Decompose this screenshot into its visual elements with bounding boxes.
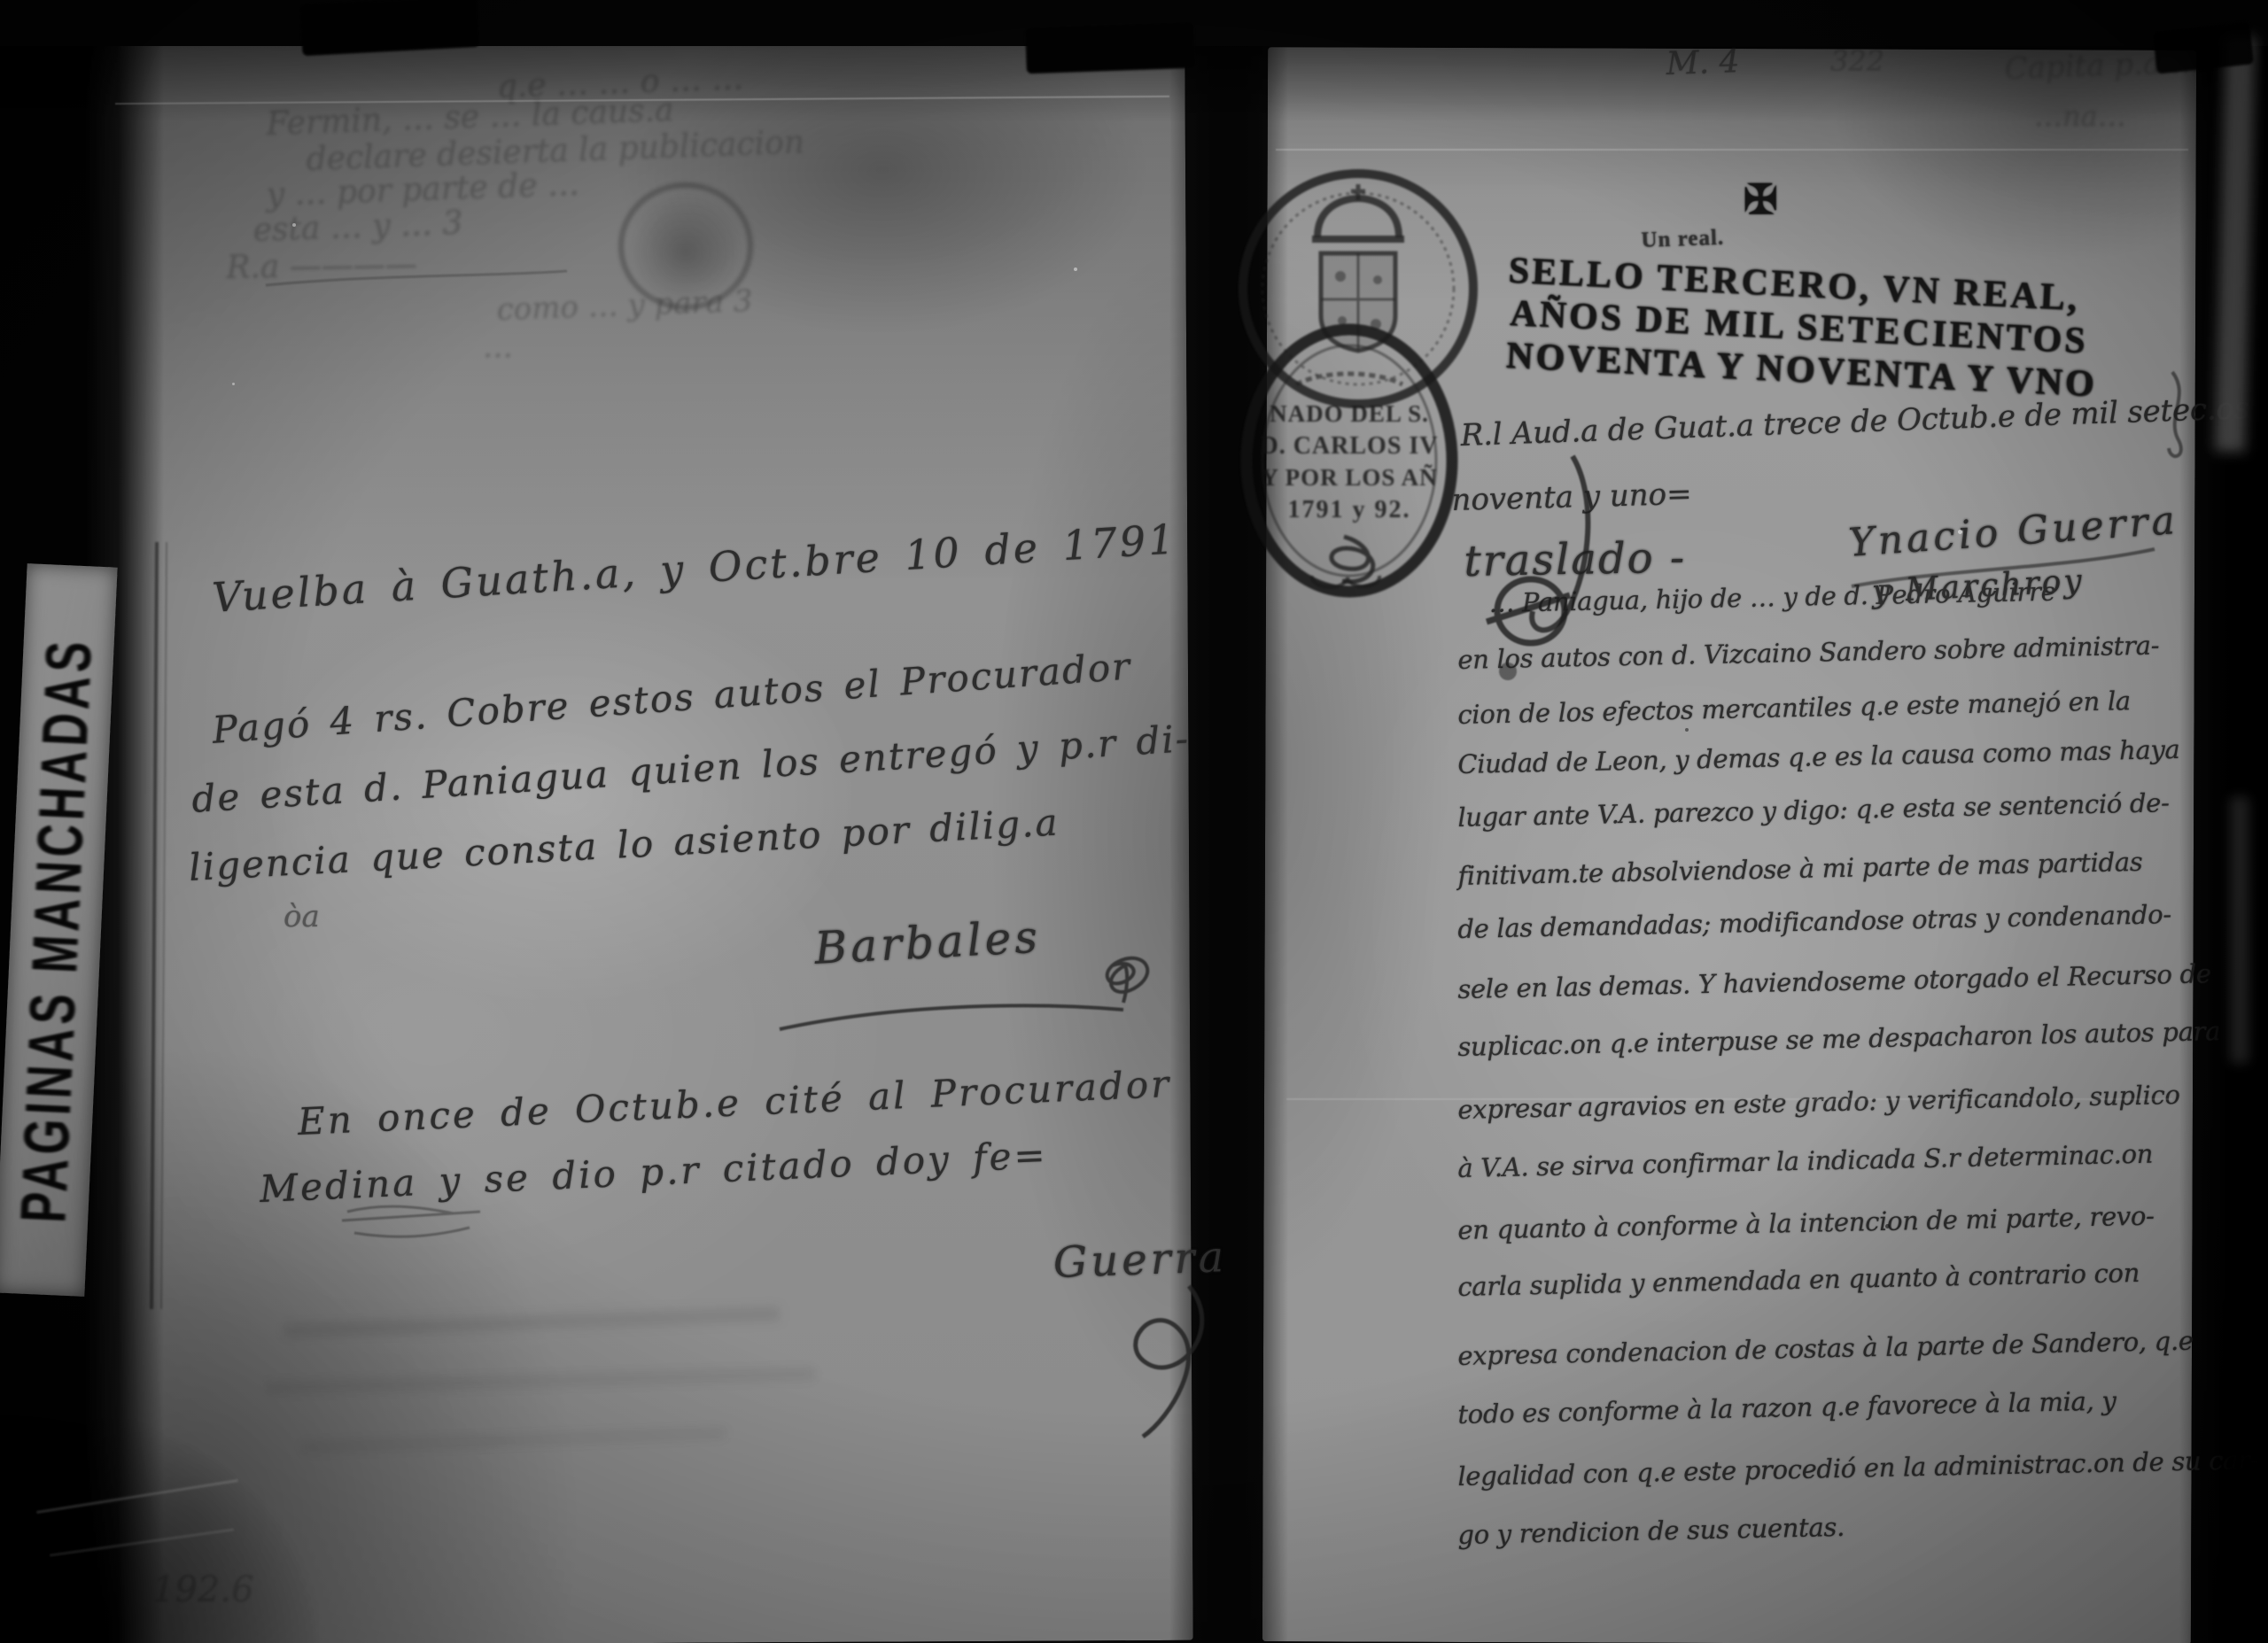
ink-speck xyxy=(1685,728,1689,732)
barbales-rubric xyxy=(1107,958,1148,1003)
barbales-underline xyxy=(780,1005,1123,1029)
cancelled-circle-scribble xyxy=(1487,579,1570,643)
ink-speck xyxy=(1885,1224,1890,1228)
faint-rule xyxy=(266,271,567,285)
dust-speck xyxy=(232,383,235,385)
bottom-left-shadow xyxy=(0,1399,319,1643)
film-scratch xyxy=(1276,149,2188,151)
edge-highlight xyxy=(2231,797,2249,1063)
fastener-shadow xyxy=(300,0,480,56)
signature-strike xyxy=(1852,549,2155,586)
fastener-shadow xyxy=(1025,22,1195,74)
guerra-rubric xyxy=(1136,1286,1202,1437)
ink-flourishes xyxy=(0,0,2268,1643)
struck-scribble xyxy=(342,1206,480,1236)
dust-speck xyxy=(1958,530,1962,534)
film-scratch xyxy=(1286,1098,2172,1100)
dust-speck xyxy=(1074,267,1077,271)
dust-speck xyxy=(292,223,296,227)
microfilm-scan: PAGINAS MANCHADAS q.e … … o … … Fermin, … xyxy=(0,0,2268,1643)
ink-blot xyxy=(1499,663,1517,680)
